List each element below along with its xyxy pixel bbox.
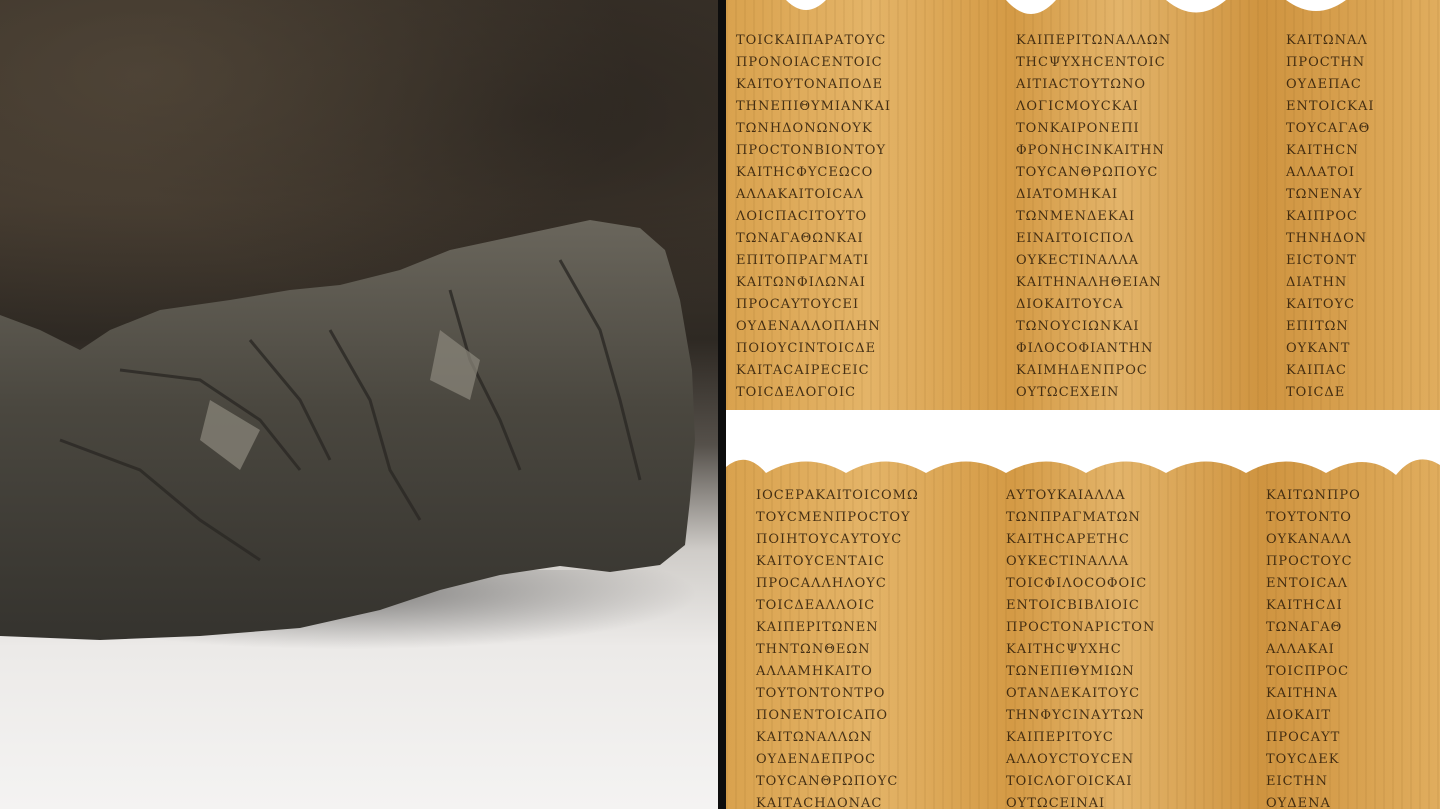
charred-scroll bbox=[0, 0, 718, 809]
greek-text-column: ΙΟϹΕΡΑΚΑΙΤΟΙϹΟΜΩ ΤΟΥϹΜΕΝΠΡΟϹΤΟΥ ΠΟΙΗΤΟΥϹ… bbox=[756, 485, 919, 809]
torn-top-edge bbox=[726, 0, 1440, 30]
torn-scalloped-edge bbox=[726, 455, 1440, 485]
unrolled-papyrus-photo: ΤΟΙϹΚΑΙΠΑΡΑΤΟΥϹ ΠΡΟΝΟΙΑϹΕΝΤΟΙϹ ΚΑΙΤΟΥΤΟΝ… bbox=[726, 0, 1440, 809]
greek-text-column: ΚΑΙΤΩΝΠΡΟ ΤΟΥΤΟΝΤΟ ΟΥΚΑΝΑΛΛ ΠΡΟϹΤΟΥϹ ΕΝΤ… bbox=[1266, 485, 1361, 809]
charred-scroll-photo bbox=[0, 0, 718, 809]
greek-text-column: ΤΟΙϹΚΑΙΠΑΡΑΤΟΥϹ ΠΡΟΝΟΙΑϹΕΝΤΟΙϹ ΚΑΙΤΟΥΤΟΝ… bbox=[736, 30, 891, 404]
papyrus-fragment-top: ΤΟΙϹΚΑΙΠΑΡΑΤΟΥϹ ΠΡΟΝΟΙΑϹΕΝΤΟΙϹ ΚΑΙΤΟΥΤΟΝ… bbox=[726, 0, 1440, 410]
papyrus-fragment-bottom: ΙΟϹΕΡΑΚΑΙΤΟΙϹΟΜΩ ΤΟΥϹΜΕΝΠΡΟϹΤΟΥ ΠΟΙΗΤΟΥϹ… bbox=[726, 455, 1440, 809]
panel-divider bbox=[718, 0, 726, 809]
greek-text-column: ΚΑΙΤΩΝΑΛ ΠΡΟϹΤΗΝ ΟΥΔΕΠΑϹ ΕΝΤΟΙϹΚΑΙ ΤΟΥϹΑ… bbox=[1286, 30, 1375, 404]
greek-text-column: ΚΑΙΠΕΡΙΤΩΝΑΛΛΩΝ ΤΗϹΨΥΧΗϹΕΝΤΟΙϹ ΑΙΤΙΑϹΤΟΥ… bbox=[1016, 30, 1171, 404]
greek-text-column: ΑΥΤΟΥΚΑΙΑΛΛΑ ΤΩΝΠΡΑΓΜΑΤΩΝ ΚΑΙΤΗϹΑΡΕΤΗϹ Ο… bbox=[1006, 485, 1155, 809]
